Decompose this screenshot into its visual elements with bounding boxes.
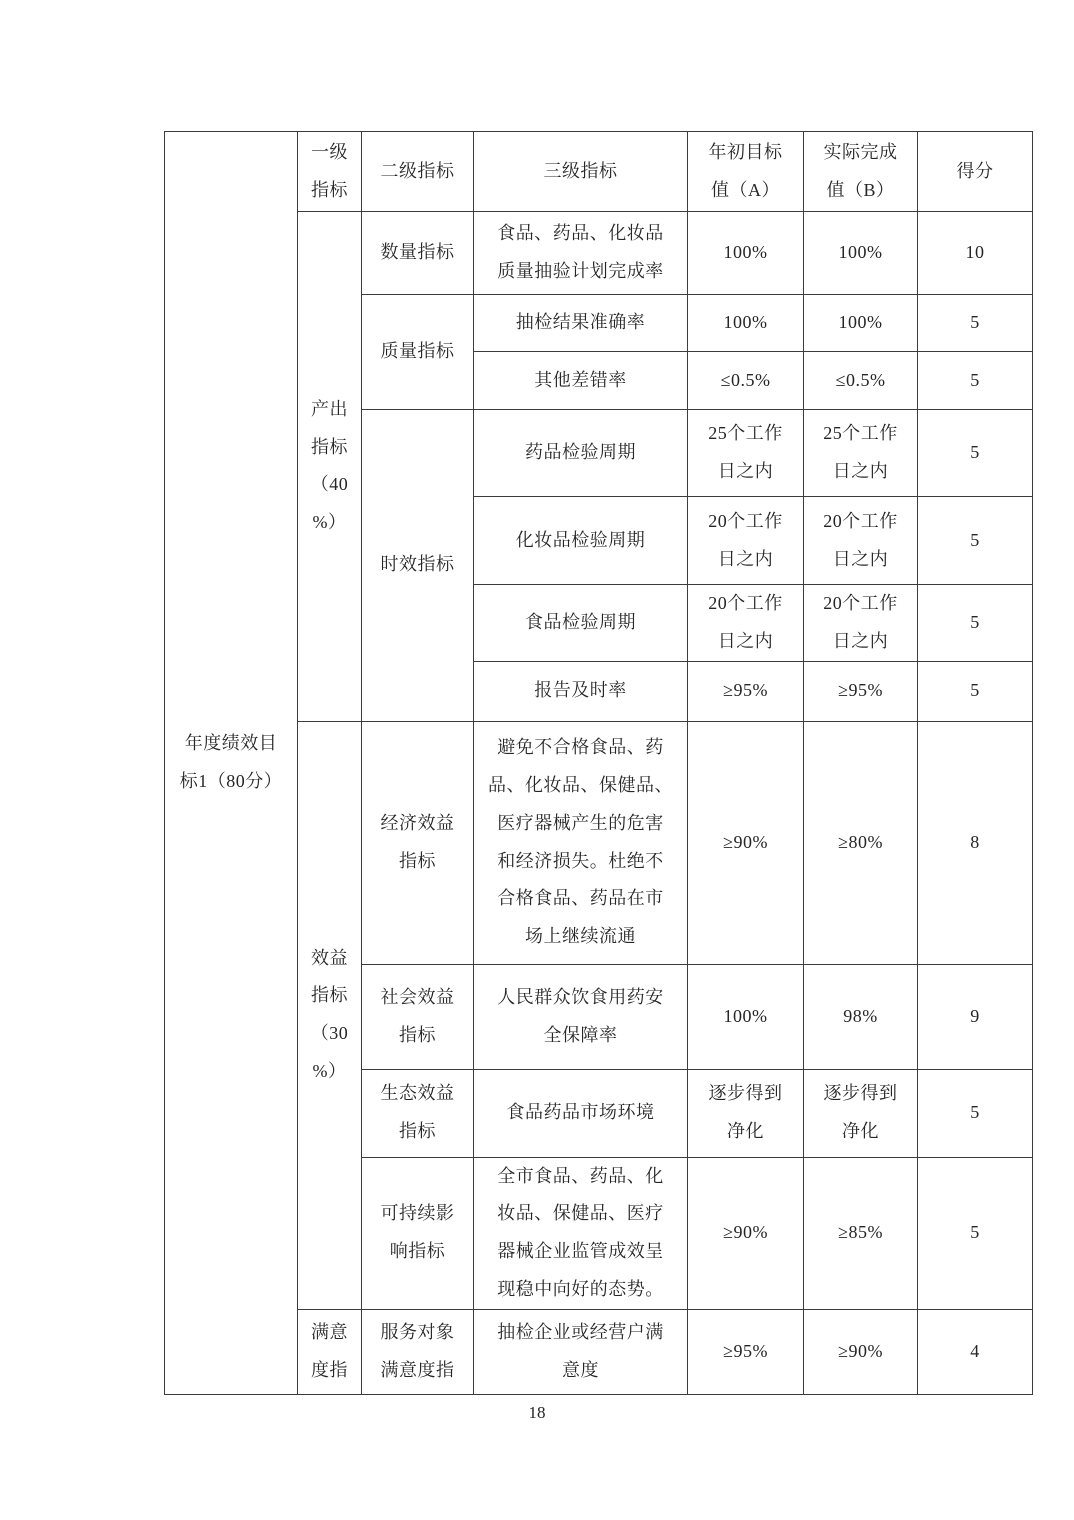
- level2-indicator-cell: 生态效益 指标: [362, 1069, 474, 1157]
- header-score: 得分: [918, 132, 1033, 212]
- level3-indicator-cell: 药品检验周期: [474, 410, 688, 497]
- target-value-cell: ≤0.5%: [688, 352, 804, 410]
- performance-indicator-table: 年度绩效目 标1（80分） 一级 指标 二级指标 三级指标 年初目标 值（A） …: [164, 131, 1033, 1395]
- actual-value-cell: 98%: [804, 964, 918, 1069]
- actual-value-cell: ≤0.5%: [804, 352, 918, 410]
- score-cell: 5: [918, 295, 1033, 352]
- level3-indicator-cell: 报告及时率: [474, 661, 688, 721]
- level3-indicator-cell: 其他差错率: [474, 352, 688, 410]
- score-cell: 5: [918, 352, 1033, 410]
- level3-indicator-cell: 食品药品市场环境: [474, 1069, 688, 1157]
- actual-value-cell: 逐步得到 净化: [804, 1069, 918, 1157]
- score-cell: 9: [918, 964, 1033, 1069]
- actual-value-cell: ≥80%: [804, 721, 918, 964]
- score-cell: 8: [918, 721, 1033, 964]
- actual-value-cell: 20个工作 日之内: [804, 585, 918, 662]
- level1-benefit-cell: 效益 指标 （30 %）: [298, 721, 362, 1309]
- header-level2: 二级指标: [362, 132, 474, 212]
- actual-value-cell: ≥95%: [804, 661, 918, 721]
- score-cell: 5: [918, 585, 1033, 662]
- level1-output-cell: 产出 指标 （40 %）: [298, 212, 362, 722]
- target-value-cell: 100%: [688, 212, 804, 295]
- target-value-cell: 25个工作 日之内: [688, 410, 804, 497]
- actual-value-cell: 100%: [804, 295, 918, 352]
- header-level1: 一级 指标: [298, 132, 362, 212]
- level1-satisfaction-cell: 满意 度指: [298, 1309, 362, 1394]
- score-cell: 10: [918, 212, 1033, 295]
- header-target: 年初目标 值（A）: [688, 132, 804, 212]
- annual-goal-cell: 年度绩效目 标1（80分）: [165, 132, 298, 1395]
- level3-indicator-cell: 人民群众饮食用药安 全保障率: [474, 964, 688, 1069]
- actual-value-cell: ≥85%: [804, 1157, 918, 1309]
- actual-value-cell: 20个工作 日之内: [804, 497, 918, 585]
- level2-indicator-cell: 数量指标: [362, 212, 474, 295]
- target-value-cell: ≥95%: [688, 661, 804, 721]
- actual-value-cell: 25个工作 日之内: [804, 410, 918, 497]
- document-page: 年度绩效目 标1（80分） 一级 指标 二级指标 三级指标 年初目标 值（A） …: [0, 0, 1074, 1520]
- level3-indicator-cell: 食品、药品、化妆品 质量抽验计划完成率: [474, 212, 688, 295]
- level2-indicator-cell: 可持续影 响指标: [362, 1157, 474, 1309]
- level3-indicator-cell: 抽检企业或经营户满 意度: [474, 1309, 688, 1394]
- level3-indicator-cell: 全市食品、药品、化 妆品、保健品、医疗 器械企业监管成效呈 现稳中向好的态势。: [474, 1157, 688, 1309]
- actual-value-cell: 100%: [804, 212, 918, 295]
- score-cell: 5: [918, 410, 1033, 497]
- target-value-cell: 20个工作 日之内: [688, 585, 804, 662]
- header-actual: 实际完成 值（B）: [804, 132, 918, 212]
- target-value-cell: 100%: [688, 964, 804, 1069]
- level3-indicator-cell: 抽检结果准确率: [474, 295, 688, 352]
- level2-indicator-cell: 社会效益 指标: [362, 964, 474, 1069]
- target-value-cell: 100%: [688, 295, 804, 352]
- table-header-row: 年度绩效目 标1（80分） 一级 指标 二级指标 三级指标 年初目标 值（A） …: [165, 132, 1033, 212]
- target-value-cell: ≥90%: [688, 721, 804, 964]
- level2-indicator-cell: 经济效益 指标: [362, 721, 474, 964]
- target-value-cell: 20个工作 日之内: [688, 497, 804, 585]
- target-value-cell: ≥95%: [688, 1309, 804, 1394]
- score-cell: 5: [918, 1069, 1033, 1157]
- level3-indicator-cell: 化妆品检验周期: [474, 497, 688, 585]
- actual-value-cell: ≥90%: [804, 1309, 918, 1394]
- target-value-cell: ≥90%: [688, 1157, 804, 1309]
- score-cell: 5: [918, 497, 1033, 585]
- score-cell: 5: [918, 1157, 1033, 1309]
- target-value-cell: 逐步得到 净化: [688, 1069, 804, 1157]
- level2-indicator-cell: 时效指标: [362, 410, 474, 722]
- score-cell: 4: [918, 1309, 1033, 1394]
- level2-indicator-cell: 服务对象 满意度指: [362, 1309, 474, 1394]
- score-cell: 5: [918, 661, 1033, 721]
- level3-indicator-cell: 食品检验周期: [474, 585, 688, 662]
- page-number: 18: [0, 1403, 1074, 1423]
- level3-indicator-cell: 避免不合格食品、药 品、化妆品、保健品、 医疗器械产生的危害 和经济损失。杜绝不…: [474, 721, 688, 964]
- level2-indicator-cell: 质量指标: [362, 295, 474, 410]
- header-level3: 三级指标: [474, 132, 688, 212]
